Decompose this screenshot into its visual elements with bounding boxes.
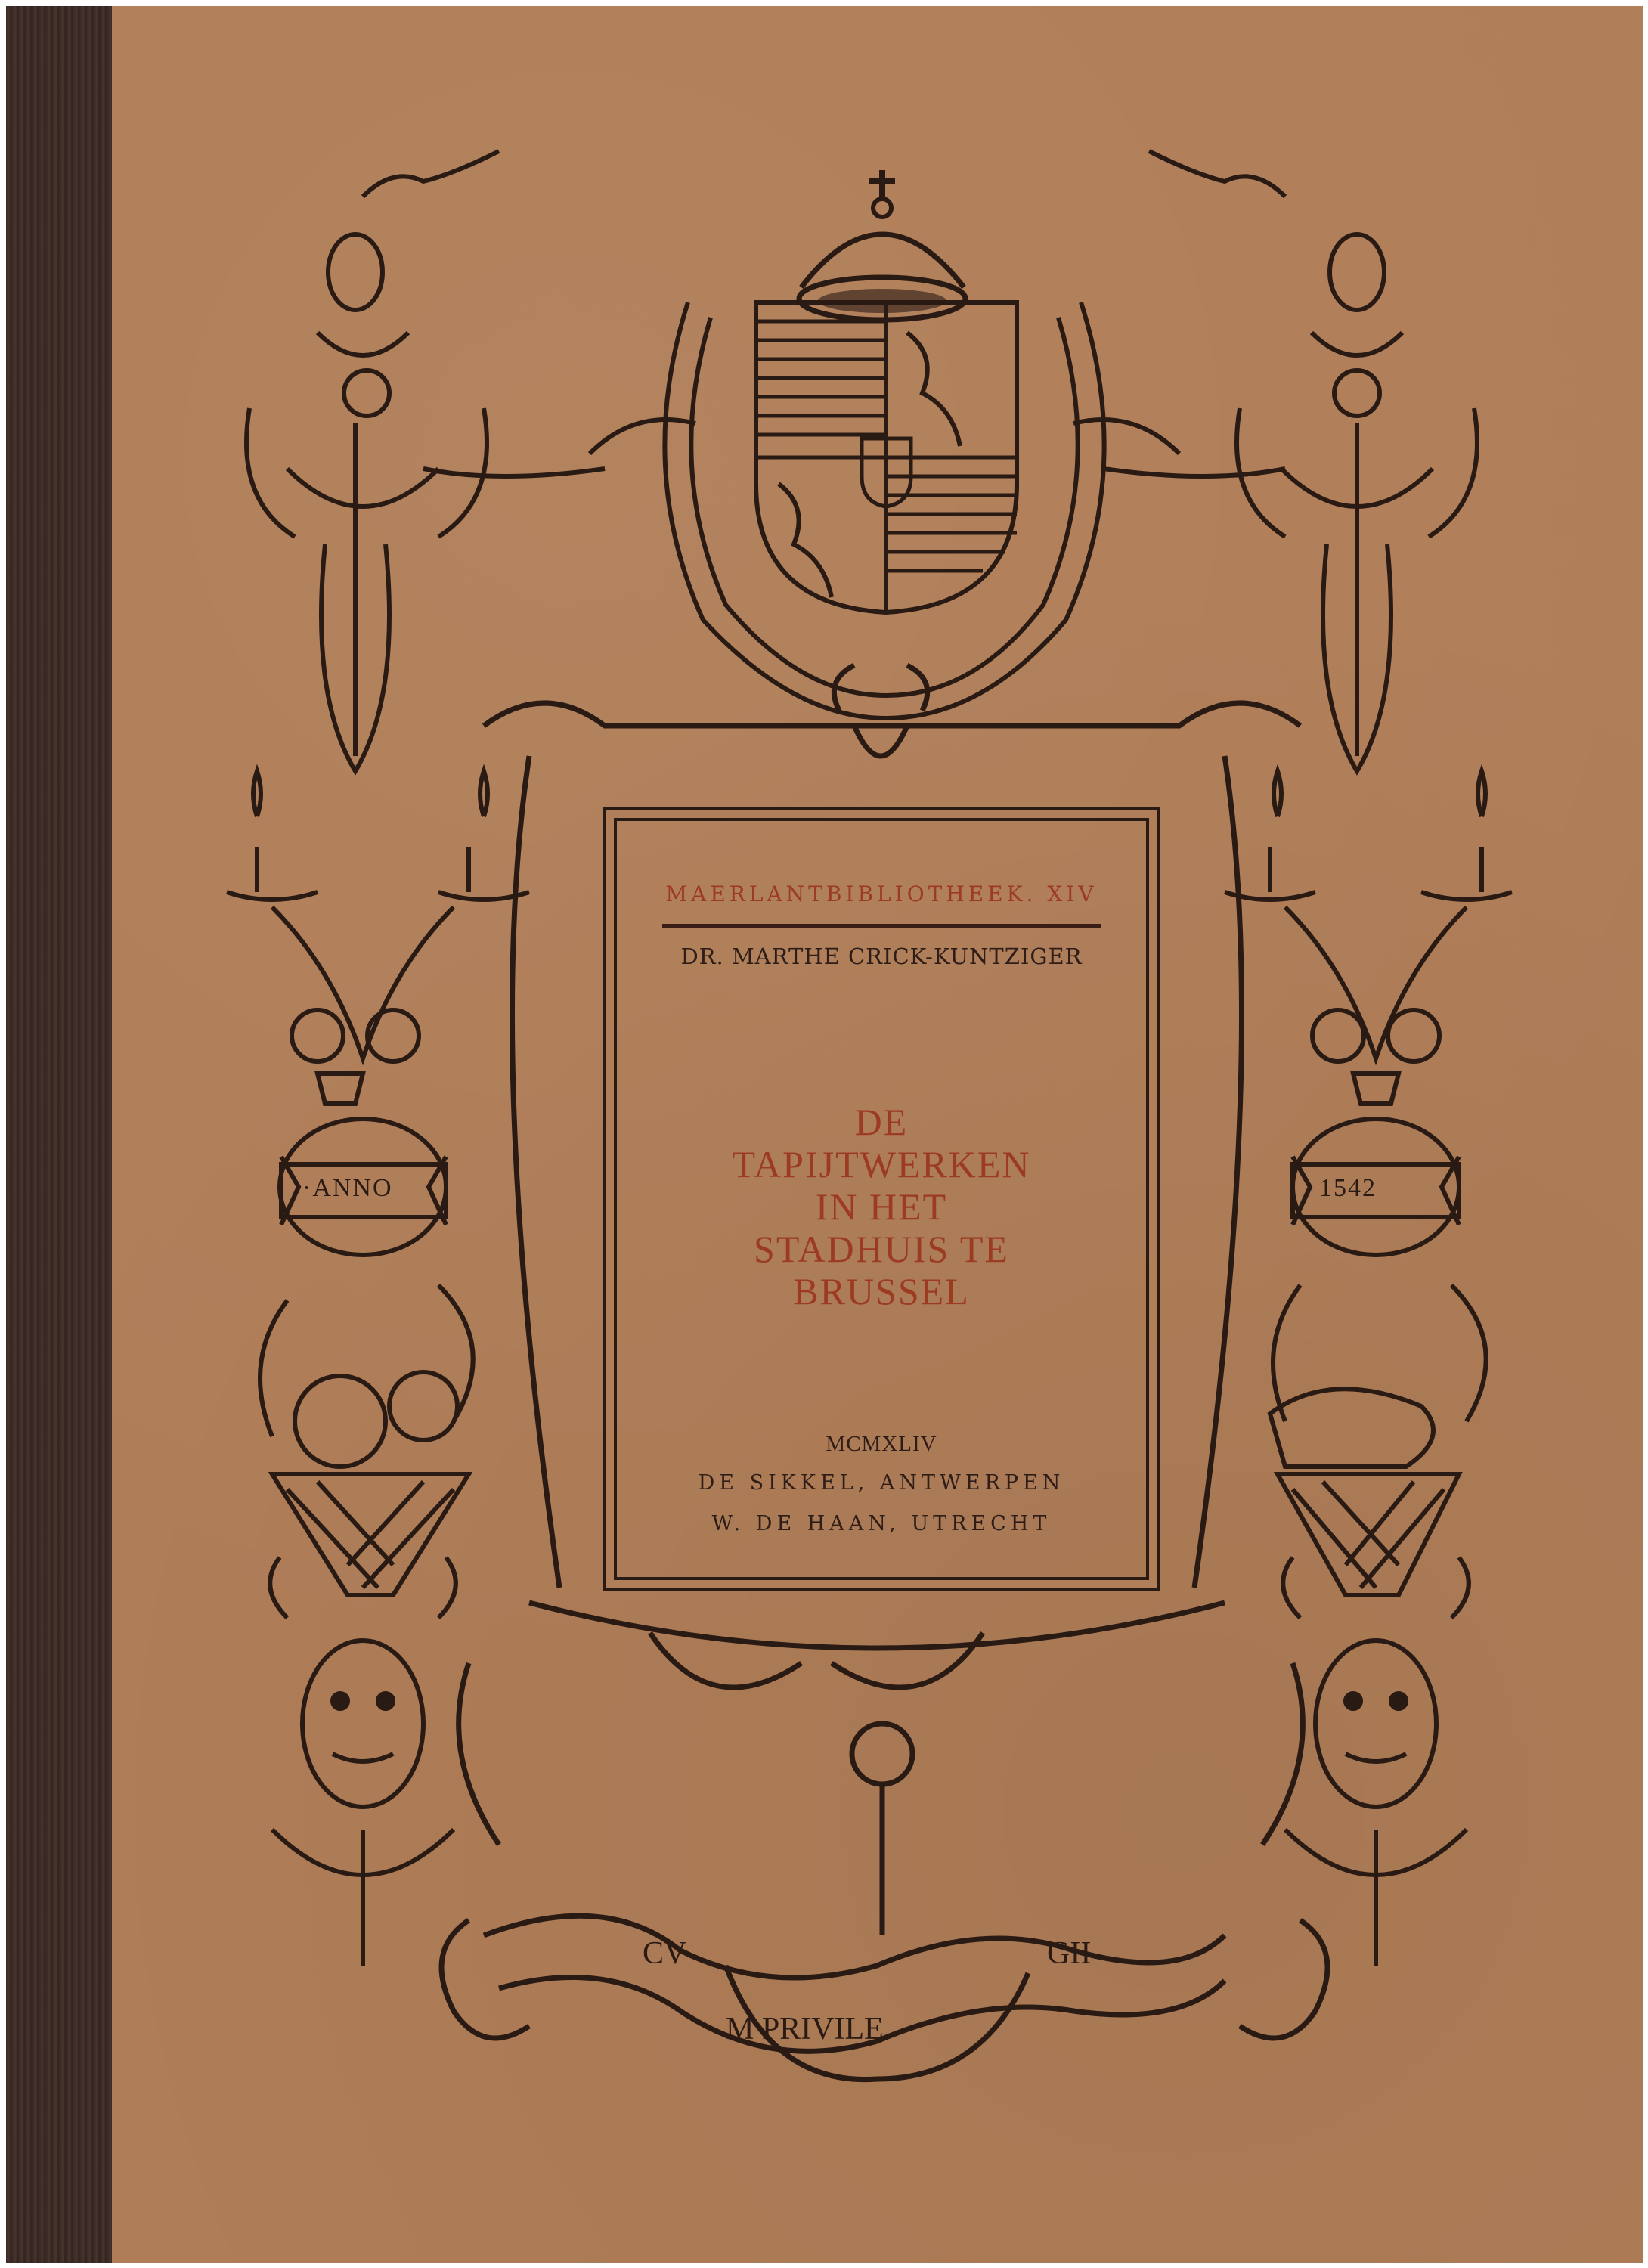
right-satyr-mask-icon [1283, 1557, 1469, 1966]
right-fruit-basket-icon [1270, 1285, 1486, 1595]
left-satyr-mask-icon [270, 1557, 456, 1966]
author-name: DR. MARTHE CRICK-KUNTZIGER [617, 943, 1146, 969]
title-line: STADHUIS TE [617, 1228, 1146, 1270]
left-grotesque-figure-icon [246, 151, 605, 771]
left-candelabra-icon [227, 771, 529, 1104]
title-line: IN HET [617, 1185, 1146, 1228]
divider-rule [662, 924, 1101, 928]
title-line: TAPIJTWERKEN [617, 1143, 1146, 1185]
ribbon-text-right: GII [1047, 1935, 1091, 1972]
title-line: BRUSSEL [617, 1270, 1146, 1312]
title-panel: MAERLANTBIBLIOTHEEK. XIV DR. MARTHE CRIC… [614, 818, 1149, 1580]
right-candelabra-icon [1225, 771, 1512, 1104]
left-fruit-basket-icon [260, 1285, 473, 1595]
right-grotesque-figure-icon [1104, 151, 1477, 771]
publisher-line: W. DE HAAN, UTRECHT [617, 1512, 1146, 1535]
series-title: MAERLANTBIBLIOTHEEK. XIV [617, 881, 1146, 906]
left-cartouche-text: ·ANNO [302, 1174, 393, 1203]
privilege-ribbon-banner-icon [441, 1916, 1327, 2079]
ribbon-text-center: M PRIVILE [726, 2011, 884, 2047]
book-title: DE TAPIJTWERKEN IN HET STADHUIS TE BRUSS… [617, 1101, 1146, 1312]
coat-of-arms-shield-icon [756, 302, 1017, 612]
crown-icon [799, 170, 965, 320]
title-line: DE [617, 1101, 1146, 1143]
ribbon-text-left: CV [643, 1935, 686, 1972]
right-cartouche-text: 1542 [1319, 1174, 1377, 1203]
publisher-line: DE SIKKEL, ANTWERPEN [617, 1471, 1146, 1495]
publication-year: MCMXLIV [617, 1432, 1146, 1457]
